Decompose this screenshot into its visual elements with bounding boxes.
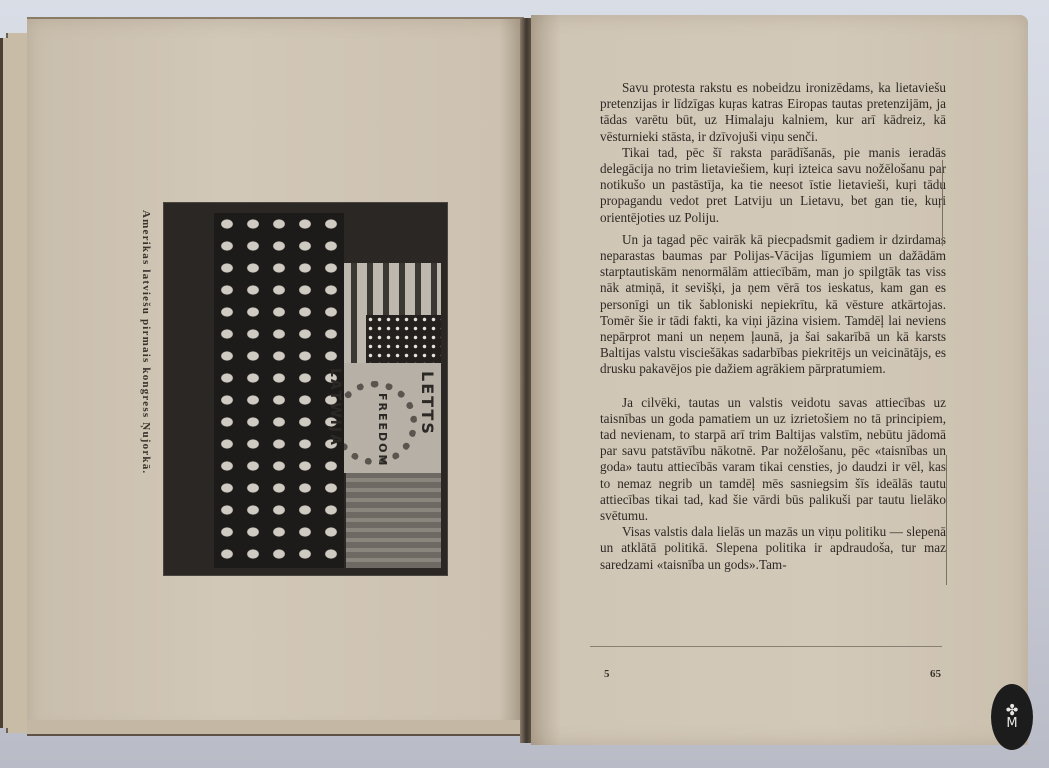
page-stack-edge [0, 38, 13, 728]
drape [346, 473, 441, 568]
photo-caption: Amerikas latviešu pirmais kongress Ņujor… [132, 210, 152, 530]
delegates-group [214, 213, 344, 568]
wreath-icon [333, 381, 417, 465]
banner-text-middle: FREEDOM [376, 393, 389, 467]
paragraph: Tikai tad, pēc šī raksta parādīšanās, pi… [600, 145, 946, 226]
folk-ornament-logo-icon: ✤ [1006, 703, 1019, 717]
banner-text-top: LETTS [418, 371, 437, 436]
page-number: 65 [930, 668, 941, 680]
pencil-margin-mark [946, 455, 947, 585]
watermark-logo: ✤ M [991, 684, 1033, 750]
footer-left-number: 5 [604, 668, 610, 680]
logo-letter: M [1006, 717, 1017, 731]
paragraph: Un ja tagad pēc vairāk kā piecpadsmit ga… [600, 232, 946, 378]
right-page-body-text: Savu protesta rakstu es nobeidzu ironizē… [600, 80, 946, 573]
left-page-bottom-edge [27, 720, 521, 736]
congress-photo: LETTS FREEDOM LATWIJA [163, 202, 448, 576]
paragraph: Savu protesta rakstu es nobeidzu ironizē… [600, 80, 946, 145]
paragraph: Visas valstis dala lielās un mazās un vi… [600, 524, 946, 573]
flag-stars [366, 315, 441, 363]
pencil-underline [590, 646, 942, 647]
pencil-margin-mark [942, 160, 943, 246]
paragraph: Ja cilvēki, tautas un valstis veidotu sa… [600, 395, 946, 525]
banner-text-bottom: LATWIJA [327, 368, 343, 447]
